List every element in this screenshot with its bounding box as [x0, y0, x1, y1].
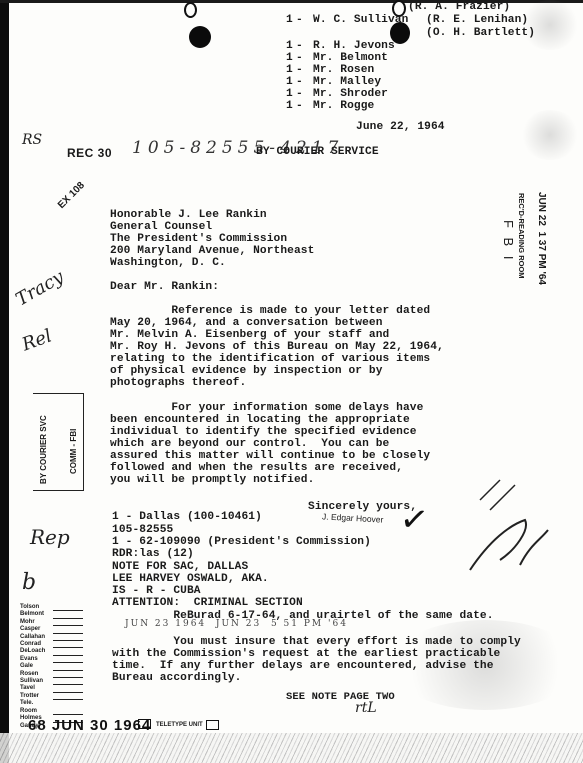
note-instruction-line: time. If any further delays are encounte… [112, 660, 494, 673]
routing-row: Callahan [20, 634, 83, 641]
body-line: relating to the identification of variou… [110, 353, 430, 366]
routing-initial-line [53, 657, 83, 663]
address-street: 200 Maryland Avenue, Northeast [110, 245, 314, 258]
distribution-name: Mr. Rosen [313, 64, 374, 77]
routing-row: Casper [20, 626, 83, 633]
comp-stamp-text: COMM - FBI [69, 429, 78, 474]
received-stamp-room: REC'D-READING ROOM [517, 193, 526, 279]
routing-name: Tele. Room [20, 700, 50, 715]
handwritten-initials: b [22, 570, 36, 595]
distribution-name: Mr. Shroder [313, 88, 388, 101]
routing-initial-line [53, 628, 83, 634]
routing-row: Conrad [20, 641, 83, 648]
address-city: Washington, D. C. [110, 257, 226, 270]
scan-edge [0, 0, 9, 763]
routing-name: Mohr [20, 619, 50, 626]
routing-initial-line [53, 709, 83, 715]
routing-name: Tolson [20, 604, 50, 611]
routing-row: DeLoach [20, 648, 83, 655]
distribution-note: (R. E. Lenihan) [426, 14, 528, 27]
received-stamp-agency: F B I [501, 220, 516, 262]
routing-row: Trotter [20, 693, 83, 700]
punch-hole-icon [189, 26, 211, 48]
handwritten-initials: Rel [19, 326, 54, 356]
comp-stamp-text: BY COURIER SVC [39, 415, 48, 484]
comp-stamp: BY COURIER SVC COMM - FBI [33, 393, 84, 491]
distribution-dash: - [296, 40, 303, 53]
body-line: For your information some delays have [110, 402, 423, 415]
distribution-name: W. C. Sullivan [313, 14, 408, 27]
routing-initial-line [53, 642, 83, 648]
teletype-unit: TELETYPE UNIT [156, 720, 219, 730]
rec-stamp: REC 30 [67, 146, 112, 160]
body-line: Mr. Melvin A. Eisenberg of your staff an… [110, 329, 389, 342]
distribution-dash: - [296, 100, 303, 113]
copy-line: RDR:las (12) [112, 548, 194, 561]
routing-initial-line [53, 613, 83, 619]
routing-name: Tavel [20, 685, 50, 692]
distribution-count: 1 [286, 88, 293, 101]
routing-row: Gale [20, 663, 83, 670]
distribution-name: Mr. Rogge [313, 100, 374, 113]
handwritten-initials: Rep [30, 525, 70, 549]
routing-initial-line [53, 694, 83, 700]
routing-initial-line [53, 635, 83, 641]
routing-name: Sullivan [20, 678, 50, 685]
distribution-name: R. H. Jevons [313, 40, 395, 53]
see-note: SEE NOTE PAGE TWO [286, 691, 395, 704]
handwritten-initials: RS [22, 132, 42, 148]
note-line: LEE HARVEY OSWALD, AKA. [112, 573, 269, 586]
routing-row: Belmont [20, 611, 83, 618]
note-instruction-line: You must insure that every effort is mad… [112, 636, 521, 649]
distribution-dash: - [296, 64, 303, 77]
distribution-note: (O. H. Bartlett) [426, 27, 535, 40]
copy-line: 105-82555 [112, 524, 173, 537]
distribution-note: (R. A. Frazier) [408, 1, 510, 14]
routing-name: Trotter [20, 693, 50, 700]
distribution-dash: - [296, 14, 303, 27]
routing-row: Rosen [20, 671, 83, 678]
body-line: photographs thereof. [110, 377, 246, 390]
routing-row: Evans [20, 656, 83, 663]
routing-name: Callahan [20, 634, 50, 641]
distribution-count: 1 [286, 14, 293, 27]
address-org: The President's Commission [110, 233, 287, 246]
punch-hole-icon [184, 2, 197, 18]
received-stamp-overlay: JUN 23 1964 JUN 23 5 51 PM '64 [125, 619, 348, 629]
distribution-dash: - [296, 76, 303, 89]
body-line: assured this matter will continue to be … [110, 450, 430, 463]
routing-row: Sullivan [20, 678, 83, 685]
checkmark-icon: ✓ [397, 498, 431, 542]
body-line: of physical evidence by inspection or by [110, 365, 383, 378]
routing-name: Belmont [20, 611, 50, 618]
routing-initial-line [53, 665, 83, 671]
scan-noise-strip [0, 733, 583, 763]
body-line: followed and when the results are receiv… [110, 462, 403, 475]
copy-line: 1 - 62-109090 (President's Commission) [112, 536, 371, 549]
note-instruction-line: with the Commission's request at the ear… [112, 648, 500, 661]
paper-noise [520, 110, 580, 160]
routing-row: Mohr [20, 619, 83, 626]
body-line: which are beyond our control. You can be [110, 438, 389, 451]
distribution-count: 1 [286, 76, 293, 89]
distribution-count: 1 [286, 64, 293, 77]
ex-stamp: EX 108 [56, 180, 87, 211]
body-line: been encountered in locating the appropr… [110, 414, 410, 427]
address-title: General Counsel [110, 221, 212, 234]
salutation: Dear Mr. Rankin: [110, 281, 219, 294]
date-stamp: 68 JUN 30 1964 [28, 717, 151, 734]
routing-row: Tele. Room [20, 700, 83, 715]
routing-row: Tolson [20, 604, 83, 611]
body-line: Mr. Roy H. Jevons of this Bureau on May … [110, 341, 444, 354]
distribution-count: 1 [286, 52, 293, 65]
routing-name: Gale [20, 663, 50, 670]
letter-date: June 22, 1964 [356, 121, 445, 134]
handwritten-initials: rtL [355, 700, 377, 716]
mail-room-checkbox[interactable] [138, 719, 151, 729]
delivery-method: BY COURIER SERVICE [256, 146, 379, 159]
address-name: Honorable J. Lee Rankin [110, 209, 267, 222]
body-line: May 20, 1964, and a conversation between [110, 317, 383, 330]
routing-row: Tavel [20, 685, 83, 692]
teletype-label: TELETYPE UNIT [156, 722, 203, 728]
signature-stamp: J. Edgar Hoover [322, 511, 384, 524]
routing-initial-line [53, 687, 83, 693]
distribution-count: 1 [286, 100, 293, 113]
body-line: Reference is made to your letter dated [110, 305, 430, 318]
note-line: ATTENTION: CRIMINAL SECTION [112, 597, 303, 610]
distribution-name: Mr. Belmont [313, 52, 388, 65]
routing-initial-line [53, 620, 83, 626]
routing-list: TolsonBelmontMohrCasperCallahanConradDeL… [20, 604, 83, 730]
routing-initial-line [53, 679, 83, 685]
handwritten-signature-icon [430, 470, 580, 610]
body-line: you will be promptly notified. [110, 474, 314, 487]
distribution-dash: - [296, 88, 303, 101]
handwritten-initials: Tracy [12, 267, 67, 311]
distribution-dash: - [296, 52, 303, 65]
received-stamp-date: JUN 22 1 37 PM '64 [536, 192, 547, 285]
routing-name: Rosen [20, 671, 50, 678]
routing-name: Casper [20, 626, 50, 633]
distribution-name: Mr. Malley [313, 76, 381, 89]
routing-initial-line [53, 650, 83, 656]
teletype-checkbox[interactable] [206, 720, 219, 730]
routing-initial-line [53, 605, 83, 611]
note-line: NOTE FOR SAC, DALLAS [112, 561, 248, 574]
body-line: individual to identify the specified evi… [110, 426, 417, 439]
routing-name: DeLoach [20, 648, 50, 655]
note-line: IS - R - CUBA [112, 585, 201, 598]
routing-name: Conrad [20, 641, 50, 648]
routing-initial-line [53, 672, 83, 678]
note-instruction-line: Bureau accordingly. [112, 672, 241, 685]
paper-noise [520, 0, 580, 50]
copy-line: 1 - Dallas (100-10461) [112, 511, 262, 524]
routing-name: Evans [20, 656, 50, 663]
distribution-count: 1 [286, 40, 293, 53]
